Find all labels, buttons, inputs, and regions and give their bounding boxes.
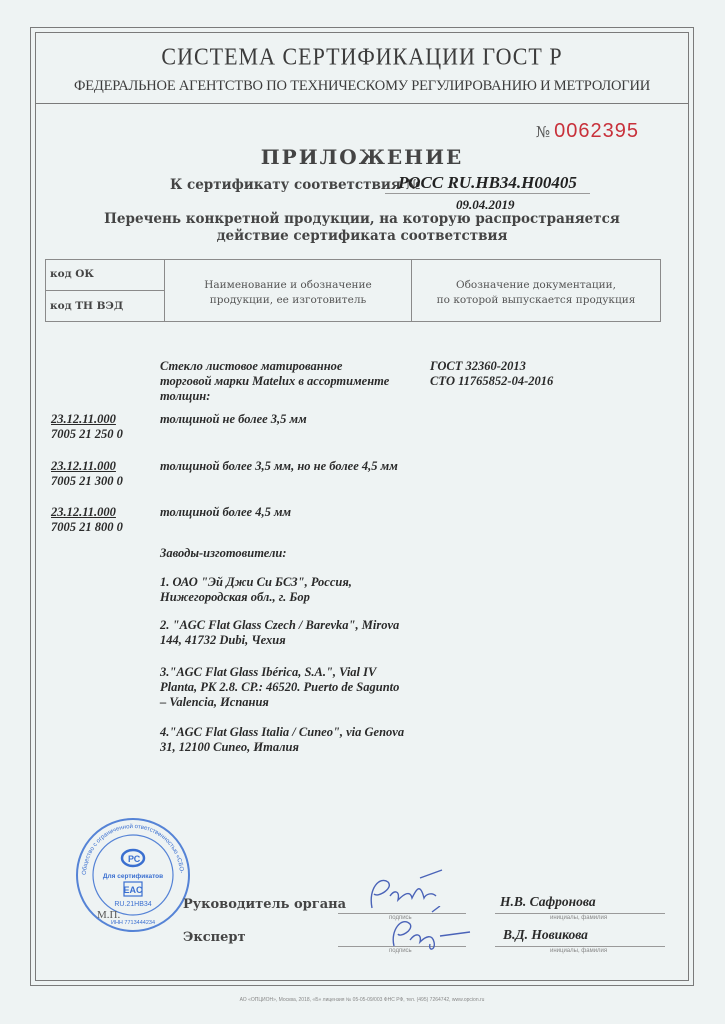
product-docs: ГОСТ 32360-2013 СТО 11765852-04-2016 xyxy=(430,359,553,389)
manufacturer-line: 4."AGC Flat Glass Italia / Cuneo", via G… xyxy=(160,725,404,740)
manufacturer-item: 1. ОАО "Эй Джи Си БСЗ", Россия, Нижегоро… xyxy=(160,575,352,605)
item-codes: 23.12.11.000 7005 21 250 0 xyxy=(51,412,123,442)
header-divider xyxy=(35,103,689,104)
head-label: Руководитель органа xyxy=(183,897,346,912)
manufacturer-line: 144, 41732 Dubi, Чехия xyxy=(160,633,399,648)
item-code-tn: 7005 21 800 0 xyxy=(51,520,123,535)
manufacturer-item: 3."AGC Flat Glass Ibérica, S.A.", Vial I… xyxy=(160,665,399,710)
list-title: Перечень конкретной продукции, на котору… xyxy=(35,211,689,245)
svg-text:RU.21НВ34: RU.21НВ34 xyxy=(114,901,151,908)
item-text: толщиной более 3,5 мм, но не более 4,5 м… xyxy=(160,459,398,474)
expert-name-caption: инициалы, фамилия xyxy=(550,948,607,954)
doc-column-text: Обозначение документации, по которой вып… xyxy=(412,278,660,308)
number-sign: № xyxy=(536,123,550,141)
doc-column-line-2: по которой выпускается продукция xyxy=(412,293,660,308)
code-column-header: код ОК код ТН ВЭД xyxy=(46,260,165,321)
product-column-text: Наименование и обозначение продукции, ее… xyxy=(165,278,411,308)
doc-sto: СТО 11765852-04-2016 xyxy=(430,374,553,389)
code-ok-label: код ОК xyxy=(50,268,94,280)
stamp-seal-icon: Общество с ограниченной ответственностью… xyxy=(72,816,194,934)
manufacturers-title: Заводы-изготовители: xyxy=(160,546,287,561)
svg-text:РС: РС xyxy=(128,854,141,864)
code-ok-cell: код ОК xyxy=(46,260,164,291)
item-codes: 23.12.11.000 7005 21 800 0 xyxy=(51,505,123,535)
appendix-title: ПРИЛОЖЕНИЕ xyxy=(35,145,689,169)
expert-signature-icon xyxy=(380,906,480,954)
head-name-caption: инициалы, фамилия xyxy=(550,915,607,921)
manufacturer-line: 31, 12100 Cuneo, Италия xyxy=(160,740,404,755)
manufacturer-line: 2. "AGC Flat Glass Czech / Barevka", Mir… xyxy=(160,618,399,633)
expert-name: В.Д. Новикова xyxy=(503,927,588,943)
agency-name: ФЕДЕРАЛЬНОЕ АГЕНТСТВО ПО ТЕХНИЧЕСКОМУ РЕ… xyxy=(35,78,689,95)
item-code-ok: 23.12.11.000 xyxy=(51,459,123,474)
stamp-place-mark: М.П. xyxy=(97,909,120,921)
certificate-label: К сертификату соответствия № xyxy=(170,177,420,193)
svg-text:Для сертификатов: Для сертификатов xyxy=(103,873,163,880)
printer-footer: АО «ОПЦИОН», Москва, 2018, «Б» лицензия … xyxy=(35,997,689,1003)
product-desc-line-1: Стекло листовое матированное xyxy=(160,359,389,374)
item-code-tn: 7005 21 300 0 xyxy=(51,474,123,489)
item-text: толщиной более 4,5 мм xyxy=(160,505,291,520)
product-column-line-2: продукции, ее изготовитель xyxy=(165,293,411,308)
doc-column-line-1: Обозначение документации, xyxy=(412,278,660,293)
item-code-tn: 7005 21 250 0 xyxy=(51,427,123,442)
item-text: толщиной не более 3,5 мм xyxy=(160,412,307,427)
manufacturer-line: – Valencia, Испания xyxy=(160,695,399,710)
manufacturer-line: Planta, PK 2.8. CP.: 46520. Puerto de Sa… xyxy=(160,680,399,695)
expert-name-line xyxy=(495,946,665,947)
product-column-line-1: Наименование и обозначение xyxy=(165,278,411,293)
certification-stamp: Общество с ограниченной ответственностью… xyxy=(72,816,194,934)
list-title-line-2: действие сертификата соответствия xyxy=(35,228,689,245)
item-code-ok: 23.12.11.000 xyxy=(51,412,123,427)
table-header: код ОК код ТН ВЭД Наименование и обознач… xyxy=(45,259,661,322)
serial-number: №0062395 xyxy=(536,120,639,143)
head-name-line xyxy=(495,913,665,914)
manufacturer-item: 2. "AGC Flat Glass Czech / Barevka", Mir… xyxy=(160,618,399,648)
product-desc-line-3: толщин: xyxy=(160,389,389,404)
item-codes: 23.12.11.000 7005 21 300 0 xyxy=(51,459,123,489)
manufacturer-item: 4."AGC Flat Glass Italia / Cuneo", via G… xyxy=(160,725,404,755)
item-code-ok: 23.12.11.000 xyxy=(51,505,123,520)
certificate-number: РОСС RU.HB34.H00405 xyxy=(385,173,590,194)
manufacturer-line: 1. ОАО "Эй Джи Си БСЗ", Россия, xyxy=(160,575,352,590)
manufacturer-line: 3."AGC Flat Glass Ibérica, S.A.", Vial I… xyxy=(160,665,399,680)
product-description: Стекло листовое матированное торговой ма… xyxy=(160,359,389,404)
doc-gost: ГОСТ 32360-2013 xyxy=(430,359,553,374)
head-name: Н.В. Сафронова xyxy=(500,894,596,910)
code-tn-label: код ТН ВЭД xyxy=(50,300,123,312)
product-column-header: Наименование и обозначение продукции, ее… xyxy=(165,260,412,321)
list-title-line-1: Перечень конкретной продукции, на котору… xyxy=(35,211,689,228)
serial-value: 0062395 xyxy=(554,120,639,142)
expert-label: Эксперт xyxy=(183,930,246,945)
svg-text:EAC: EAC xyxy=(123,885,143,895)
doc-column-header: Обозначение документации, по которой вып… xyxy=(412,260,660,321)
system-title: СИСТЕМА СЕРТИФИКАЦИИ ГОСТ Р xyxy=(35,43,689,72)
product-desc-line-2: торговой марки Matelux в ассортименте xyxy=(160,374,389,389)
manufacturer-line: Нижегородская обл., г. Бор xyxy=(160,590,352,605)
